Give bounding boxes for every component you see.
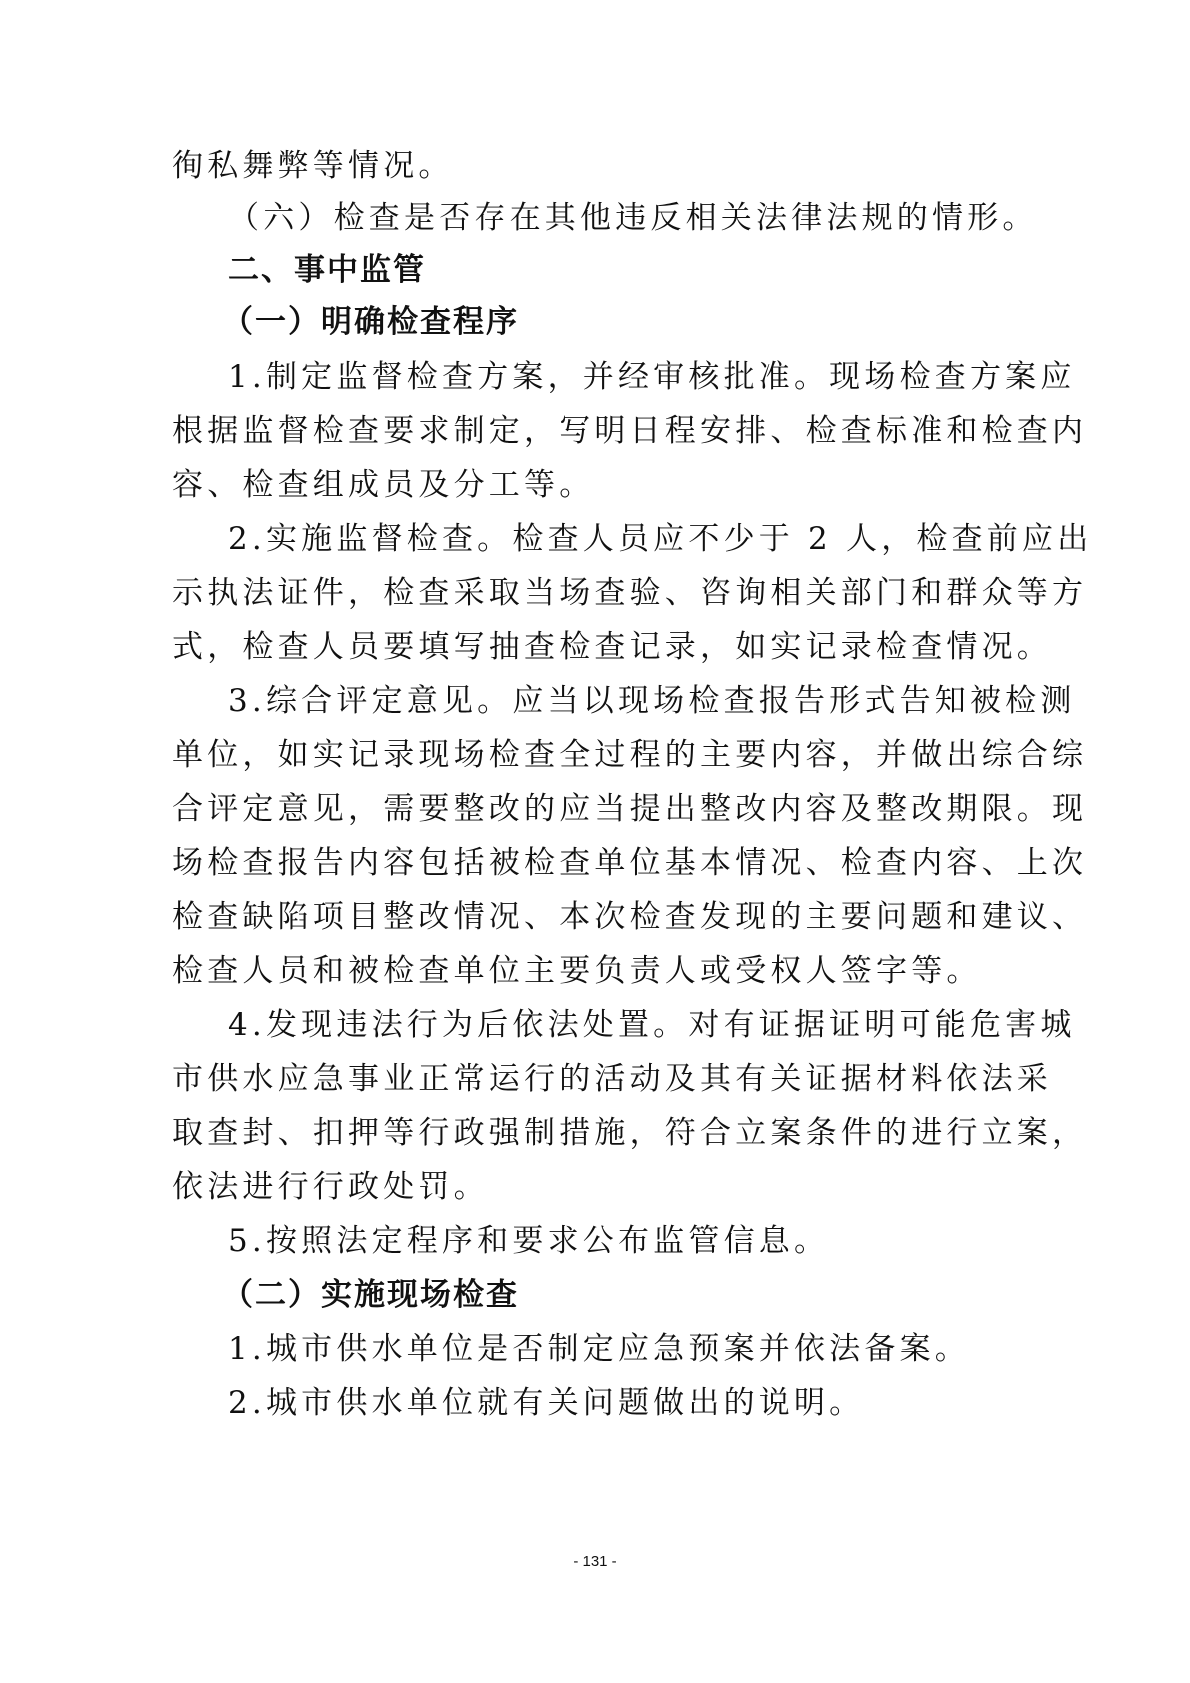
body-line: 示执法证件，检查采取当场查验、咨询相关部门和群众等方 (172, 573, 972, 613)
subsection-heading: （一）明确检查程序 (222, 302, 1022, 342)
body-line: 1.制定监督检查方案，并经审核批准。现场检查方案应 (228, 357, 1028, 397)
body-line: 5.按照法定程序和要求公布监管信息。 (228, 1221, 1028, 1261)
body-line: 市供水应急事业正常运行的活动及其有关证据材料依法采 (172, 1059, 972, 1099)
subsection-heading: （二）实施现场检查 (222, 1275, 1022, 1315)
body-line: 徇私舞弊等情况。 (172, 146, 972, 186)
body-line: 依法进行行政处罚。 (172, 1167, 972, 1207)
body-line: 合评定意见，需要整改的应当提出整改内容及整改期限。现 (172, 789, 972, 829)
section-heading: 二、事中监管 (228, 250, 1028, 290)
body-line: （六）检查是否存在其他违反相关法律法规的情形。 (228, 198, 1028, 238)
body-line: 取查封、扣押等行政强制措施，符合立案条件的进行立案， (172, 1113, 972, 1153)
body-line: 2.城市供水单位就有关问题做出的说明。 (228, 1383, 1028, 1423)
body-line: 2.实施监督检查。检查人员应不少于 2 人，检查前应出 (228, 519, 1028, 559)
body-line: 根据监督检查要求制定，写明日程安排、检查标准和检查内 (172, 411, 972, 451)
body-line: 单位，如实记录现场检查全过程的主要内容，并做出综合综 (172, 735, 972, 775)
body-line: 场检查报告内容包括被检查单位基本情况、检查内容、上次 (172, 843, 972, 883)
page-number: - 131 - (0, 1553, 1190, 1570)
document-page: 徇私舞弊等情况。 （六）检查是否存在其他违反相关法律法规的情形。 二、事中监管 … (0, 0, 1190, 1683)
body-line: 检查人员和被检查单位主要负责人或受权人签字等。 (172, 951, 972, 991)
body-line: 1.城市供水单位是否制定应急预案并依法备案。 (228, 1329, 1028, 1369)
body-line: 检查缺陷项目整改情况、本次检查发现的主要问题和建议、 (172, 897, 972, 937)
body-line: 4.发现违法行为后依法处置。对有证据证明可能危害城 (228, 1005, 1028, 1045)
body-line: 式，检查人员要填写抽查检查记录，如实记录检查情况。 (172, 627, 972, 667)
body-line: 容、检查组成员及分工等。 (172, 465, 972, 505)
body-line: 3.综合评定意见。应当以现场检查报告形式告知被检测 (228, 681, 1028, 721)
